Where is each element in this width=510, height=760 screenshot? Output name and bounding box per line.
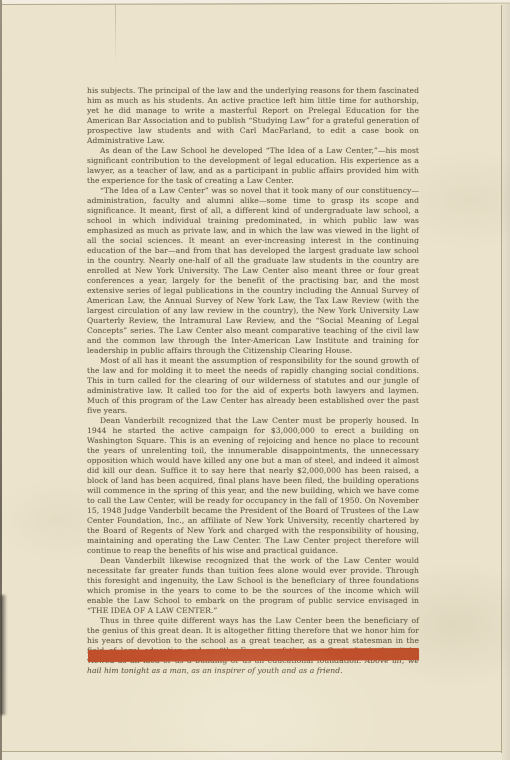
paragraph: “The Idea of a Law Center” was so novel … — [87, 186, 419, 356]
paper-crease — [115, 5, 116, 63]
paragraph: Dean Vanderbilt recognized that the Law … — [87, 416, 419, 556]
scanned-book-page-photo: his subjects. The principal of the law a… — [0, 0, 510, 760]
page-right-edge — [502, 0, 510, 760]
page-bottom-edge-line — [0, 751, 502, 752]
paragraph: Most of all has it meant the assumption … — [87, 356, 419, 416]
page-top-edge-line — [0, 3, 510, 5]
paragraph: As dean of the Law School he developed “… — [87, 146, 419, 186]
book-binding-shadow — [0, 595, 7, 715]
page-right-edge-line — [501, 5, 502, 753]
paragraph: Dean Vanderbilt likewise recognized that… — [87, 556, 419, 616]
article-text: his subjects. The principal of the law a… — [87, 86, 419, 676]
paragraph: Thus in three quite different ways has t… — [87, 616, 419, 676]
red-divider-bar — [88, 648, 419, 662]
paragraph: his subjects. The principal of the law a… — [87, 86, 419, 146]
page-bottom-edge — [0, 752, 502, 760]
